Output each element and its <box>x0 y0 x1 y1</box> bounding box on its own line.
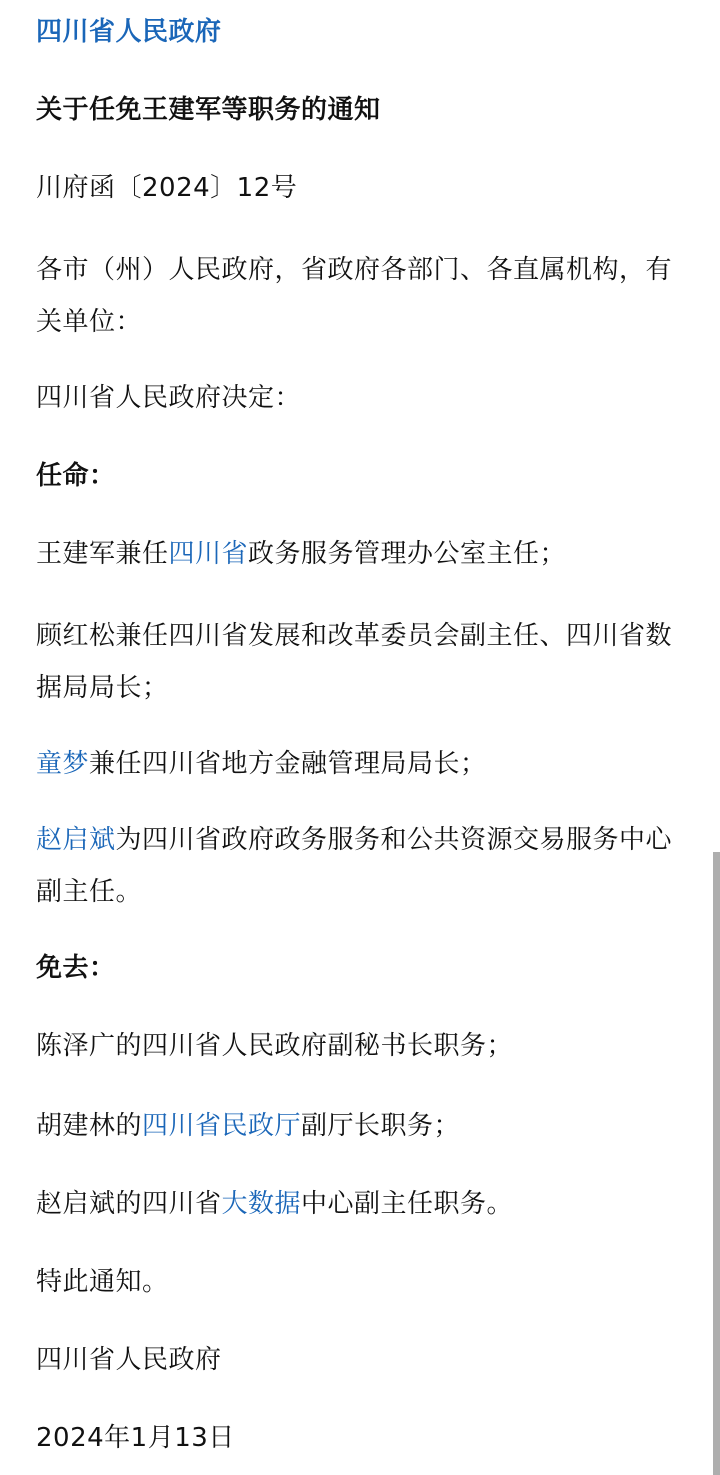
signature: 四川省人民政府 <box>36 1334 690 1386</box>
appoint-heading: 任命： <box>36 450 690 502</box>
appointment-text-post: 政务服务管理办公室主任； <box>248 539 566 569</box>
dismissal-item: 赵启斌的四川省大数据中心副主任职务。 <box>36 1178 690 1230</box>
appointment-item: 童梦兼任四川省地方金融管理局局长； <box>36 738 690 790</box>
agency-link[interactable]: 四川省人民政府 <box>36 6 690 58</box>
decision-intro: 四川省人民政府决定： <box>36 372 690 424</box>
dismissal-text-post: 中心副主任职务。 <box>301 1189 513 1219</box>
appointment-text-pre: 王建军兼任 <box>36 539 169 569</box>
dismissal-text-pre: 胡建林的 <box>36 1111 142 1141</box>
appointment-item: 顾红松兼任四川省发展和改革委员会副主任、四川省数据局局长； <box>36 610 690 714</box>
dismissal-item: 胡建林的四川省民政厅副厅长职务； <box>36 1100 690 1152</box>
entity-link[interactable]: 大数据 <box>222 1189 302 1219</box>
entity-link[interactable]: 四川省 <box>169 539 249 569</box>
document-date: 2024年1月13日 <box>36 1412 690 1464</box>
dismiss-heading: 免去： <box>36 942 690 994</box>
person-link[interactable]: 赵启斌 <box>36 825 116 855</box>
appointment-text-post: 为四川省政府政务服务和公共资源交易服务中心副主任。 <box>36 825 672 907</box>
appointment-text-pre: 顾红松兼任四川省发展和改革委员会副主任、四川省数据局局长； <box>36 621 672 703</box>
addressee: 各市（州）人民政府，省政府各部门、各直属机构，有关单位： <box>36 244 690 348</box>
person-link[interactable]: 童梦 <box>36 749 89 779</box>
document-title: 关于任免王建军等职务的通知 <box>36 84 690 136</box>
appointment-item: 王建军兼任四川省政务服务管理办公室主任； <box>36 528 690 580</box>
document-number: 川府函〔2024〕12号 <box>36 162 690 214</box>
dismissal-text-pre: 赵启斌的四川省 <box>36 1189 222 1219</box>
dismissal-text-post: 副厅长职务； <box>301 1111 460 1141</box>
dismissal-text-pre: 陈泽广的四川省人民政府副秘书长职务； <box>36 1031 513 1061</box>
entity-link[interactable]: 四川省民政厅 <box>142 1111 301 1141</box>
appointment-text-post: 兼任四川省地方金融管理局局长； <box>89 749 487 779</box>
closing-text: 特此通知。 <box>36 1256 690 1308</box>
dismissal-item: 陈泽广的四川省人民政府副秘书长职务； <box>36 1020 690 1072</box>
appointment-item: 赵启斌为四川省政府政务服务和公共资源交易服务中心副主任。 <box>36 814 690 918</box>
vertical-scrollbar[interactable] <box>713 852 720 1475</box>
